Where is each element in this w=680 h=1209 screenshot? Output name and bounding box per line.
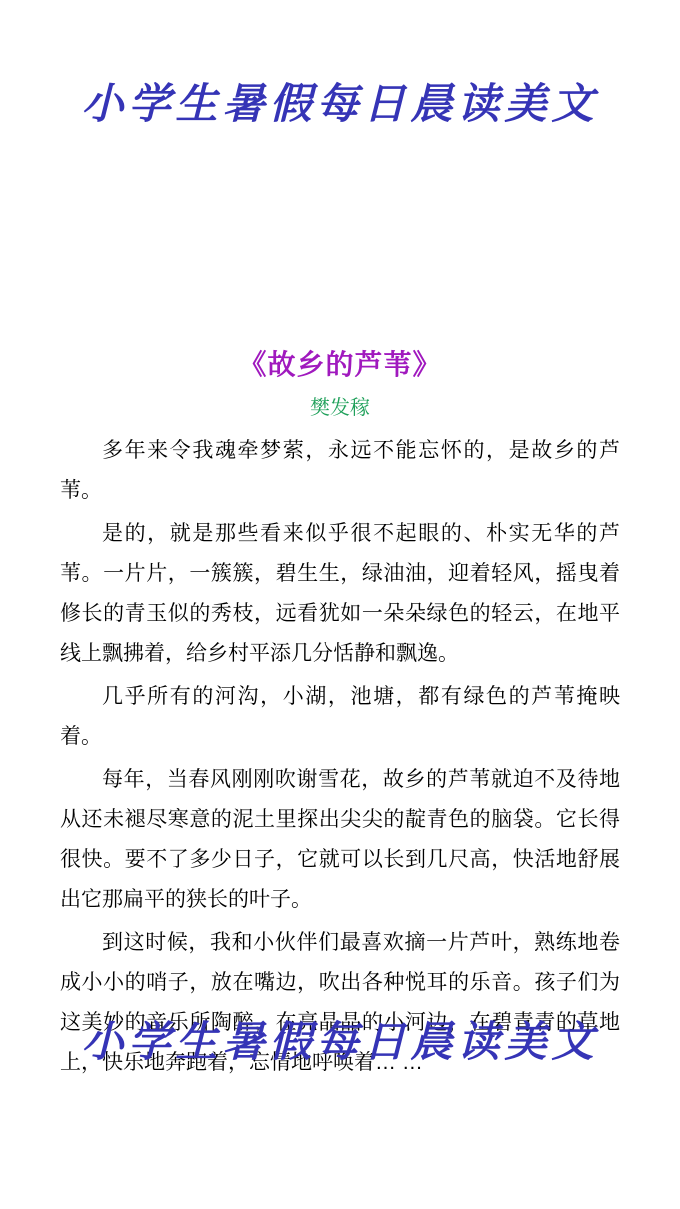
document-page: 小学生暑假每日晨读美文 《故乡的芦苇》 樊发稼 多年来令我魂牵梦萦，永远不能忘怀… (0, 0, 680, 1209)
article-body: 多年来令我魂牵梦萦，永远不能忘怀的，是故乡的芦苇。 是的，就是那些看来似乎很不起… (60, 431, 620, 1086)
article-author: 樊发稼 (0, 395, 680, 421)
article-paragraph: 几乎所有的河沟，小湖，池塘，都有绿色的芦苇掩映着。 (60, 677, 620, 757)
header-banner: 小学生暑假每日晨读美文 (0, 78, 680, 130)
article-paragraph: 是的，就是那些看来似乎很不起眼的、朴实无华的芦苇。一片片，一簇簇，碧生生，绿油油… (60, 514, 620, 674)
article-paragraph: 多年来令我魂牵梦萦，永远不能忘怀的，是故乡的芦苇。 (60, 431, 620, 511)
article-paragraph: 每年，当春风刚刚吹谢雪花，故乡的芦苇就迫不及待地从还未褪尽寒意的泥土里探出尖尖的… (60, 760, 620, 920)
footer-banner: 小学生暑假每日晨读美文 (0, 1016, 680, 1068)
article-title: 《故乡的芦苇》 (0, 347, 680, 383)
